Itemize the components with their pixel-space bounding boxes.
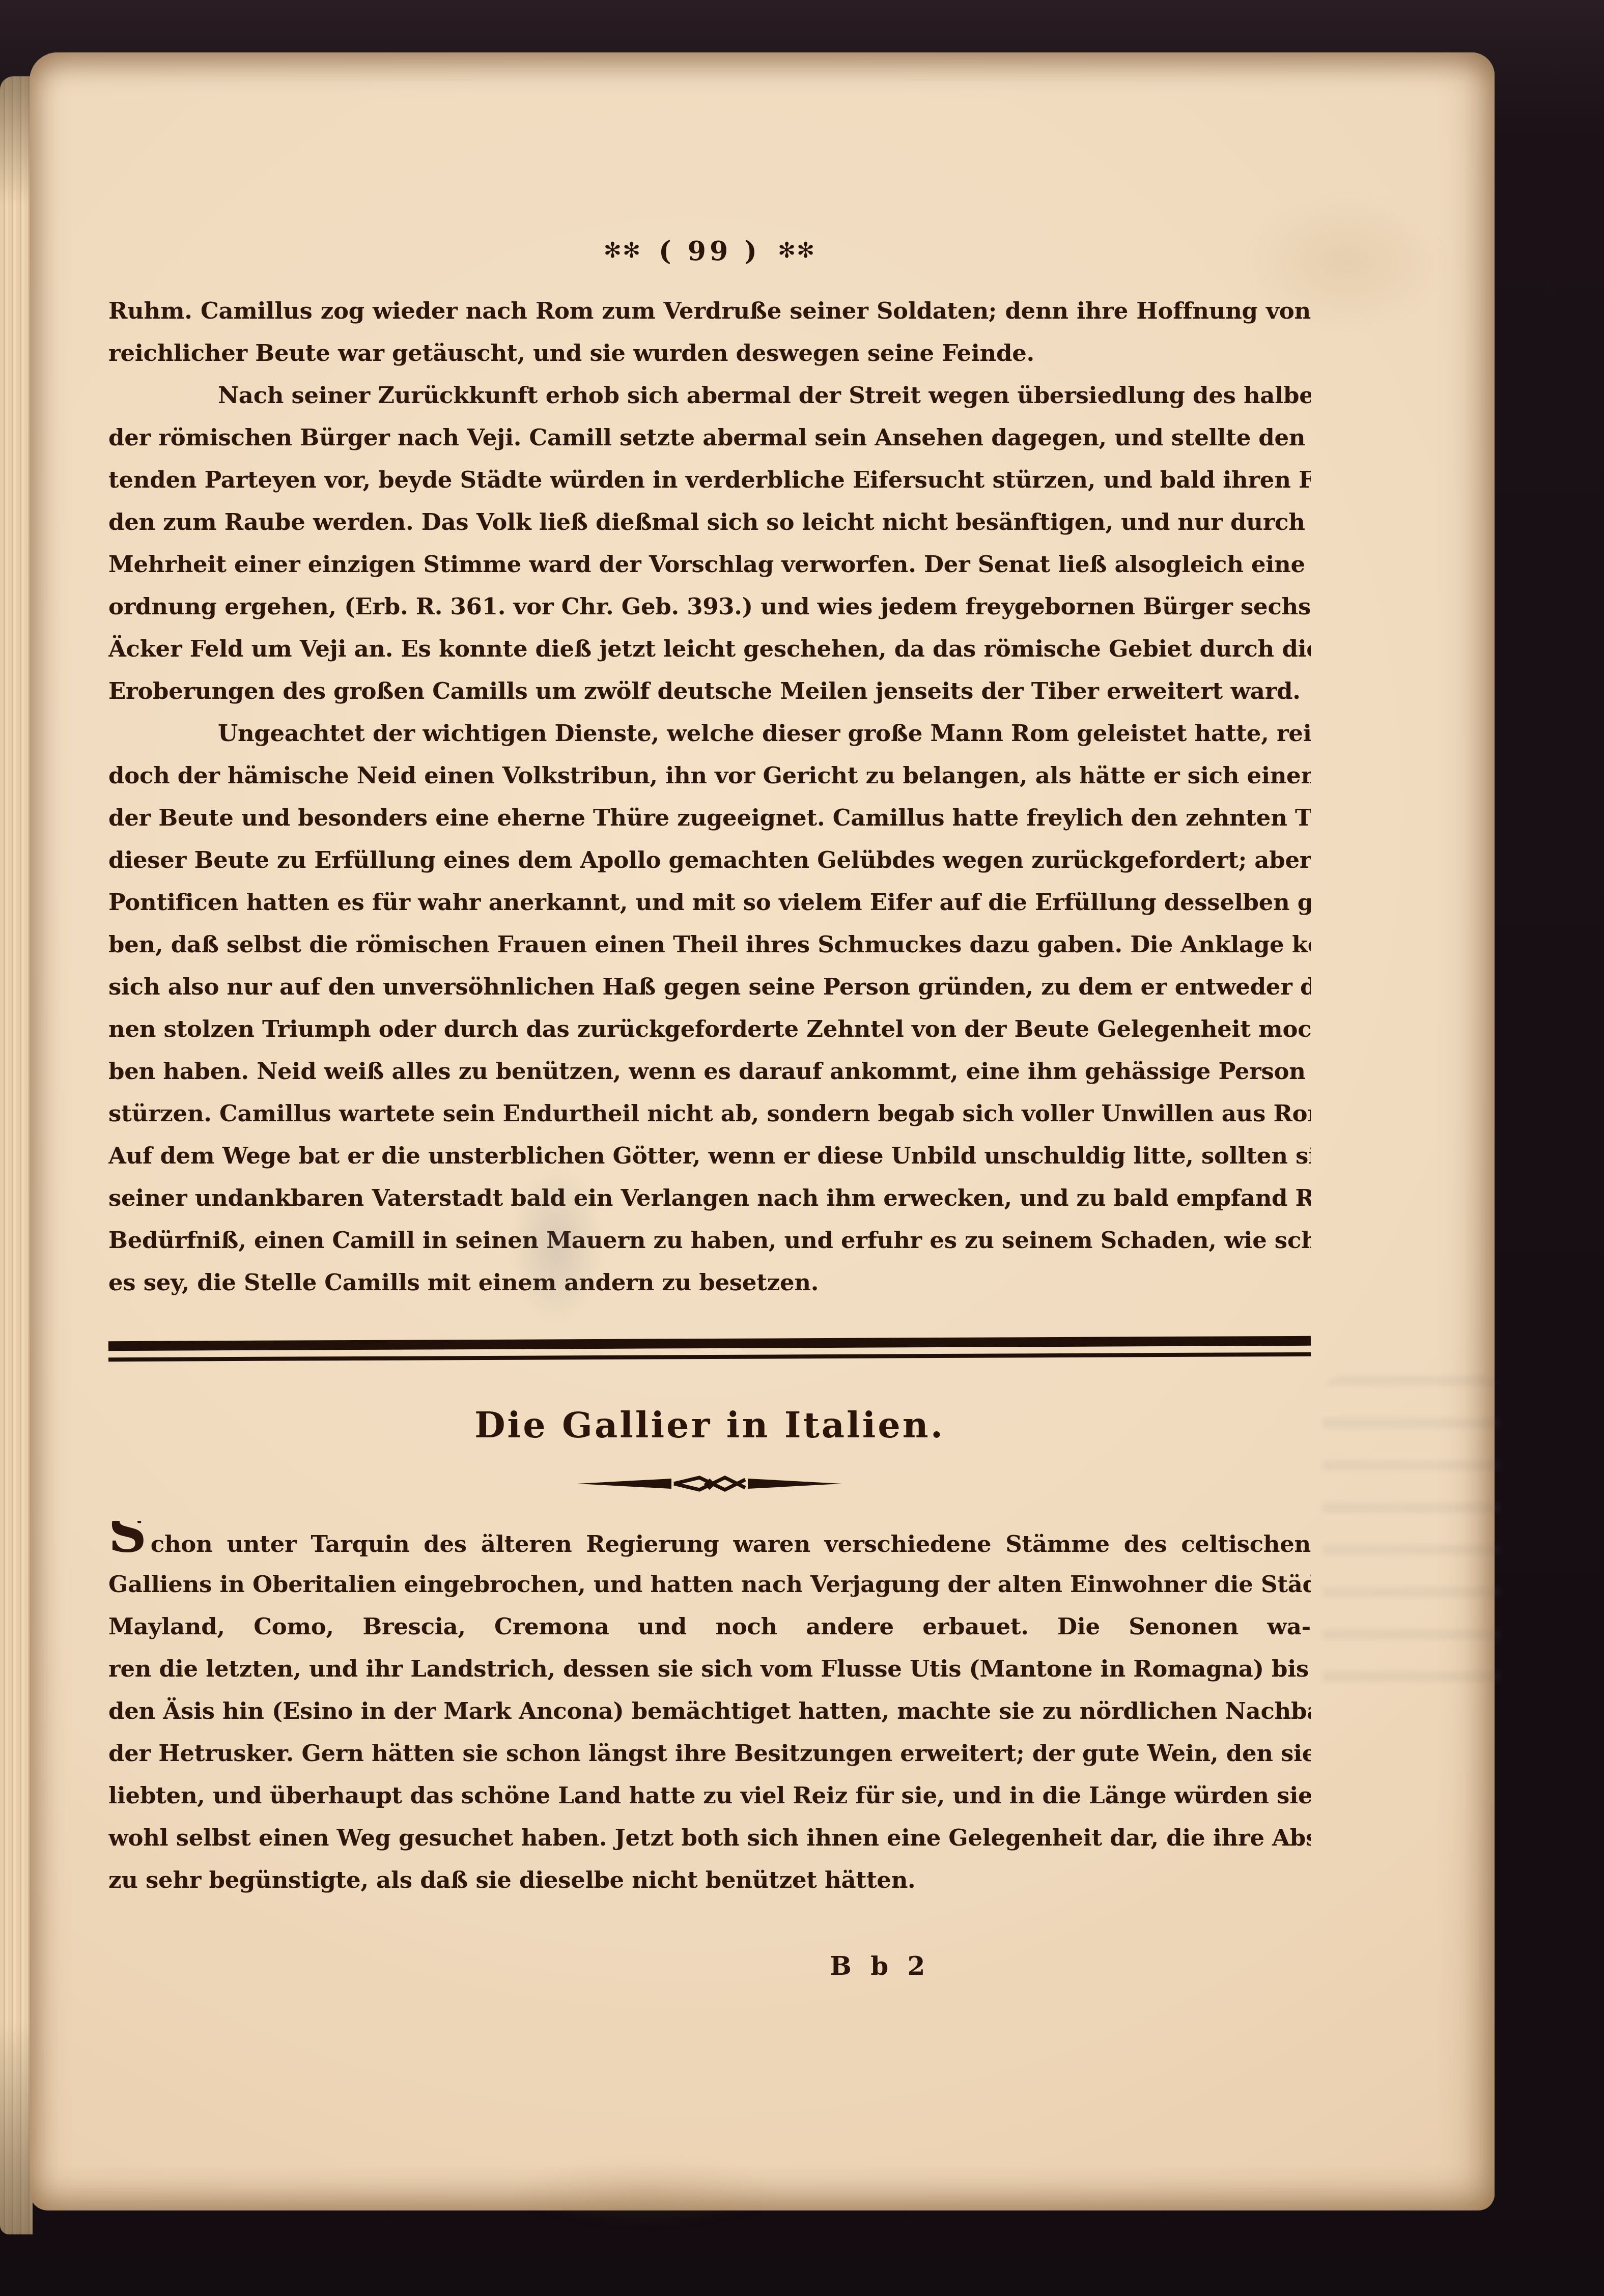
text-line: ben, daß selbst die römischen Frauen ein… (108, 923, 1311, 966)
text-line: den Äsis hin (Esino in der Mark Ancona) … (108, 1690, 1311, 1732)
text-line: seiner undankbaren Vaterstadt bald ein V… (108, 1177, 1311, 1219)
text-line: dieser Beute zu Erfüllung eines dem Apol… (108, 839, 1311, 881)
text-line: tenden Parteyen vor, beyde Städte würden… (108, 459, 1311, 501)
running-head: ✻✻( 99 )✻✻ (108, 235, 1311, 267)
floral-asterisk-ornament-right-icon: ✻✻ (778, 238, 815, 263)
floral-asterisk-ornament-left-icon: ✻✻ (604, 238, 641, 263)
text-line: zu sehr begünstigte, als daß sie dieselb… (108, 1859, 1311, 1901)
section-heading: Die Gallier in Italien. (108, 1402, 1311, 1448)
text-line: Auf dem Wege bat er die unsterblichen Gö… (108, 1135, 1311, 1177)
text-line: den zum Raube werden. Das Volk ließ dieß… (108, 501, 1311, 543)
text-line: Mehrheit einer einzigen Stimme ward der … (108, 543, 1311, 585)
main-text-column: Ruhm. Camillus zog wieder nach Rom zum V… (108, 290, 1311, 1303)
text-line: liebten, und überhaupt das schöne Land h… (108, 1774, 1311, 1817)
paragraph: Nach seiner Zurückkunft erhob sich aberm… (108, 374, 1311, 712)
text-line: nen stolzen Triumph oder durch das zurüc… (108, 1008, 1311, 1050)
text-line: es sey, die Stelle Camills mit einem and… (108, 1261, 1311, 1303)
text-line: Ruhm. Camillus zog wieder nach Rom zum V… (108, 290, 1311, 332)
book-page: ✻✻( 99 )✻✻ Ruhm. Camillus zog wieder nac… (30, 52, 1495, 2210)
paragraph: Ungeachtet der wichtigen Dienste, welche… (108, 712, 1311, 1303)
text-line: sich also nur auf den unversöhnlichen Ha… (108, 966, 1311, 1008)
ink-showthrough-stain (1322, 1376, 1501, 1702)
text-line: ben haben. Neid weiß alles zu benützen, … (108, 1050, 1311, 1092)
text-line: stürzen. Camillus wartete sein Endurthei… (108, 1092, 1311, 1135)
text-line: Mayland, Como, Brescia, Cremona und noch… (108, 1605, 1311, 1648)
text-line: Schon unter Tarquin des älteren Regierun… (108, 1521, 1311, 1563)
text-line: der römischen Bürger nach Veji. Camill s… (108, 416, 1311, 459)
photographed-book-scan: { "header": { "ornament_left": "✻✻", "pa… (0, 0, 1604, 2296)
signature-mark: B b 2 (108, 1951, 1311, 1981)
text-line: wohl selbst einen Weg gesuchet haben. Je… (108, 1817, 1311, 1859)
text-line: Bedürfniß, einen Camill in seinen Mauern… (108, 1219, 1311, 1261)
page-number: ( 99 ) (659, 236, 761, 267)
paper-foxing-stain (462, 2144, 829, 2241)
book-fore-edge-pages (0, 76, 33, 2234)
paragraph: Ruhm. Camillus zog wieder nach Rom zum V… (108, 290, 1311, 374)
signature-text: B b 2 (830, 1951, 931, 1981)
text-line: reichlicher Beute war getäuscht, und sie… (108, 332, 1311, 374)
text-line: Pontificen hatten es für wahr anerkannt,… (108, 881, 1311, 923)
text-line: Nach seiner Zurückkunft erhob sich aberm… (108, 374, 1311, 416)
paragraph: Schon unter Tarquin des älteren Regierun… (108, 1521, 1311, 1901)
text-line: Äcker Feld um Veji an. Es konnte dieß je… (108, 628, 1311, 670)
tapered-rule-ornament-icon (577, 1475, 842, 1493)
text-line: ordnung ergehen, (Erb. R. 361. vor Chr. … (108, 585, 1311, 628)
text-line: Eroberungen des großen Camills um zwölf … (108, 670, 1311, 712)
text-line: Ungeachtet der wichtigen Dienste, welche… (108, 712, 1311, 754)
section-text-column: Schon unter Tarquin des älteren Regierun… (108, 1521, 1311, 1901)
text-line: der Hetrusker. Gern hätten sie schon län… (108, 1732, 1311, 1774)
text-line: Galliens in Oberitalien eingebrochen, un… (108, 1563, 1311, 1605)
text-line: ren die letzten, und ihr Landstrich, des… (108, 1648, 1311, 1690)
text-line: der Beute und besonders eine eherne Thür… (108, 797, 1311, 839)
section-divider-rule (108, 1336, 1311, 1362)
text-line: doch der hämische Neid einen Volkstribun… (108, 754, 1311, 797)
